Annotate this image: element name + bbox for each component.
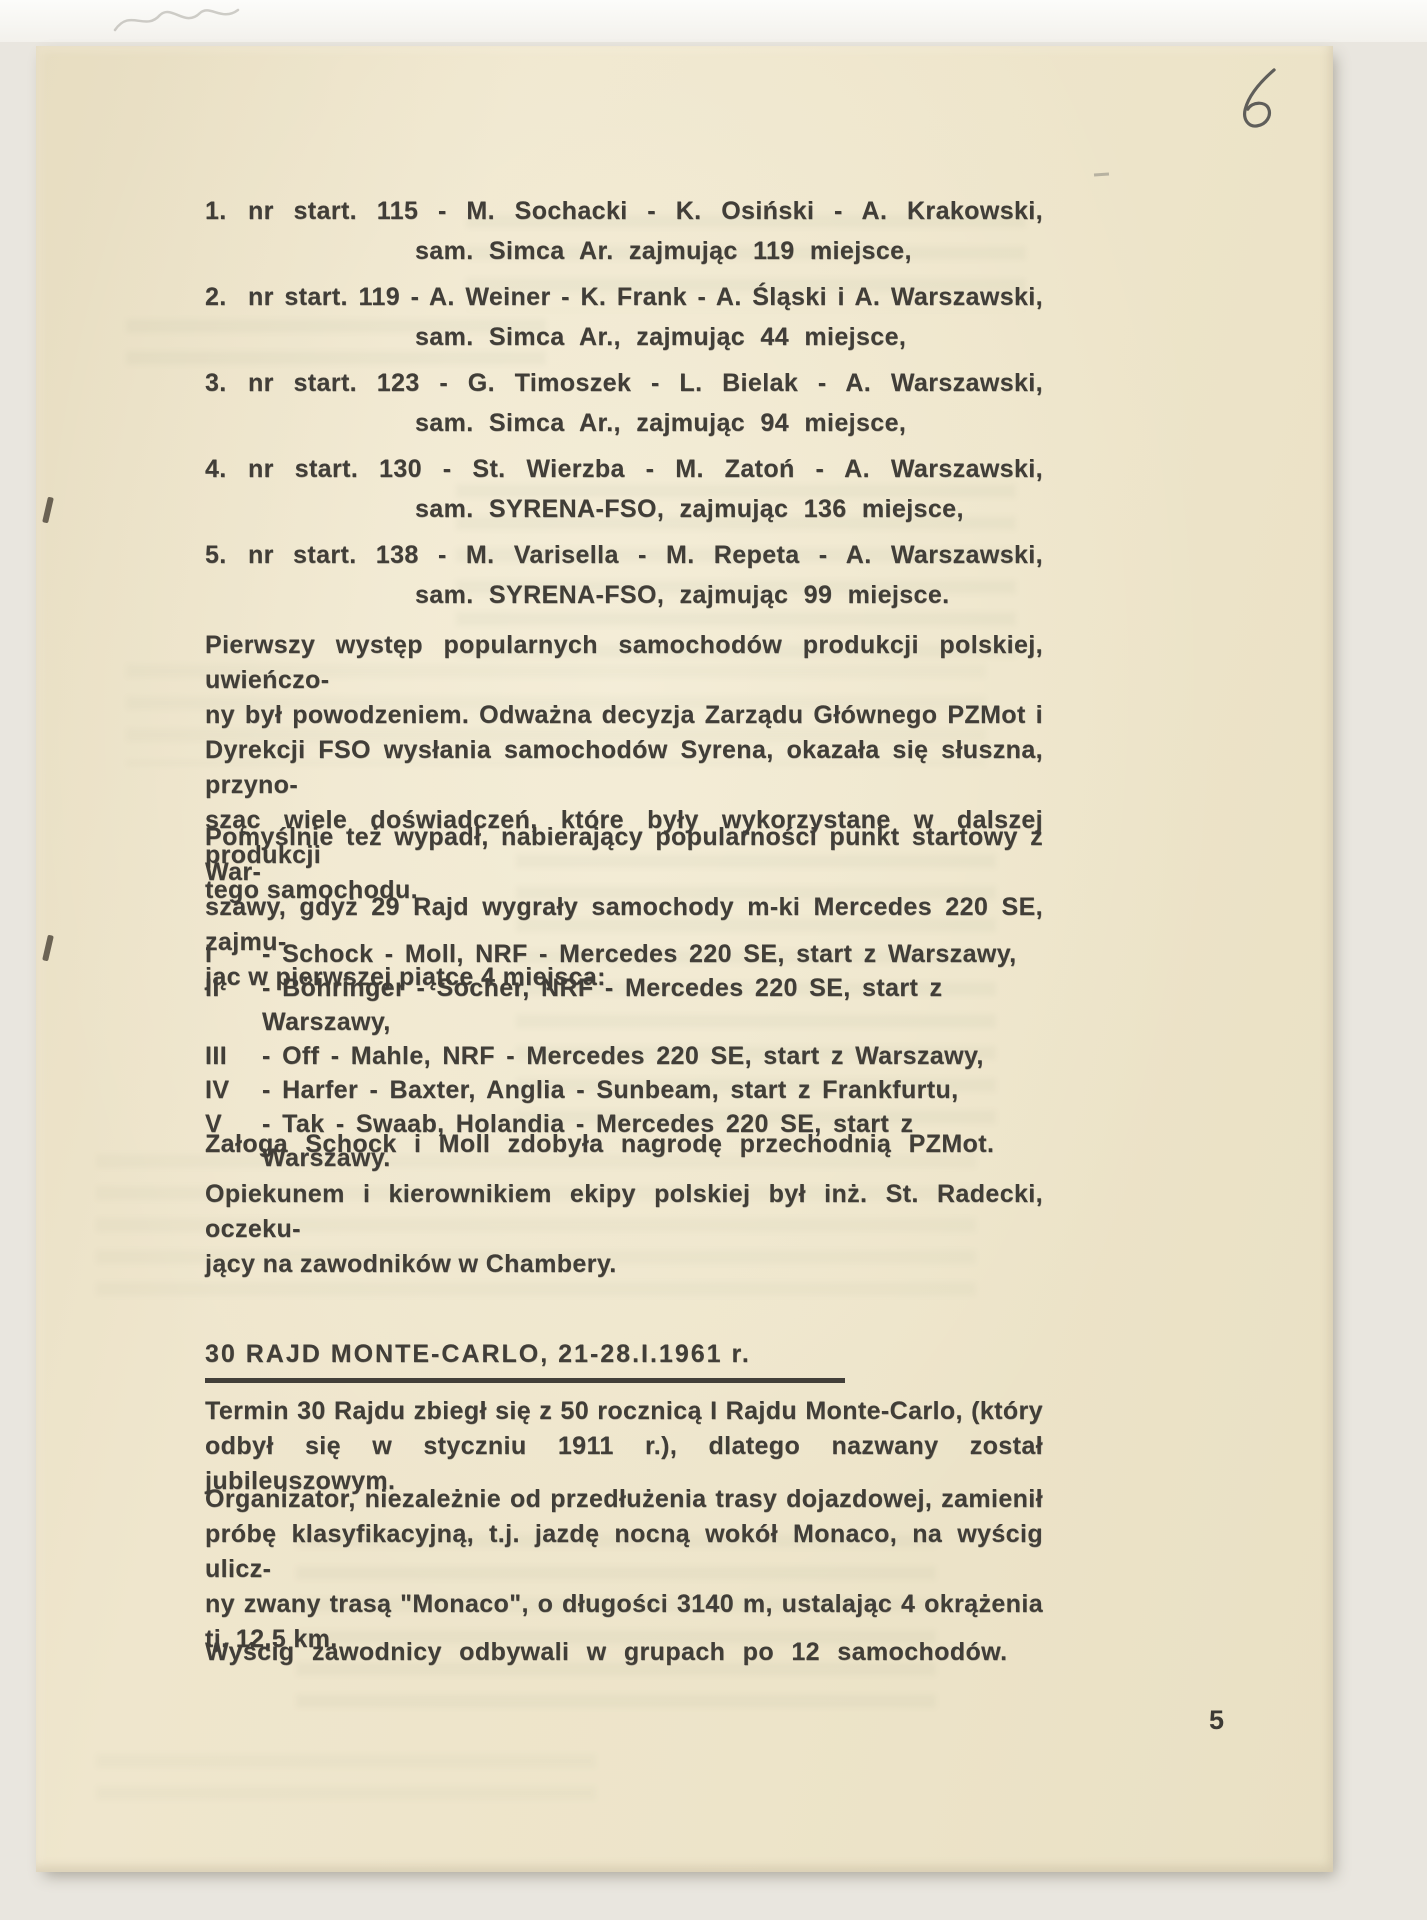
item-number: 1. [205,191,248,271]
pencil-dash [1094,172,1109,176]
roman-numeral: III [205,1039,262,1073]
roman-text: - Schock - Moll, NRF - Mercedes 220 SE, … [262,937,1043,971]
list-item: 1. nr start. 115 - M. Sochacki - K. Osiń… [205,191,1043,271]
list-item: 3. nr start. 123 - G. Timoszek - L. Biel… [205,363,1043,443]
roman-item: IV - Harfer - Baxter, Anglia - Sunbeam, … [205,1073,1043,1107]
paragraph-line: ny był powodzeniem. Odważna decyzja Zarz… [205,698,1043,733]
paragraph-line: Organizator, niezależnie od przedłużenia… [205,1482,1043,1517]
list-item: 5. nr start. 138 - M. Varisella - M. Rep… [205,535,1043,615]
paragraph-line: próbę klasyfikacyjną, t.j. jazdę nocną w… [205,1517,1043,1587]
line-zaloga: Załoga Schock i Moll zdobyła nagrodę prz… [205,1127,1043,1162]
roman-numeral: IV [205,1073,262,1107]
item-number: 2. [205,277,248,357]
list-item: 4. nr start. 130 - St. Wierzba - M. Zato… [205,449,1043,529]
crew-line: nr start. 123 - G. Timoszek - L. Bielak … [248,363,1043,403]
item-number: 5. [205,535,248,615]
roman-text: - Böhringer - Socher, NRF - Mercedes 220… [262,971,1043,1039]
paragraph-line: ny zwany trasą "Monaco", o długości 3140… [205,1587,1043,1622]
crew-line: nr start. 119 - A. Weiner - K. Frank - A… [248,277,1043,317]
crew-line: nr start. 138 - M. Varisella - M. Repeta… [248,535,1043,575]
paragraph-line: jący na zawodników w Chambery. [205,1247,1043,1282]
section-heading: 30 RAJD MONTE-CARLO, 21-28.I.1961 r. [205,1338,845,1383]
roman-item: I - Schock - Moll, NRF - Mercedes 220 SE… [205,937,1043,971]
start-results-list: 1. nr start. 115 - M. Sochacki - K. Osiń… [205,191,1043,621]
item-number: 4. [205,449,248,529]
paragraph-line: Pierwszy występ popularnych samochodów p… [205,628,1043,698]
roman-item: II - Böhringer - Socher, NRF - Mercedes … [205,971,1043,1039]
paragraph-line: Pomyślnie też wypadł, nabierający popula… [205,820,1043,890]
paragraph-line: Termin 30 Rajdu zbiegł się z 50 rocznicą… [205,1394,1043,1429]
list-item: 2. nr start. 119 - A. Weiner - K. Frank … [205,277,1043,357]
crew-line: nr start. 130 - St. Wierzba - M. Zatoń -… [248,449,1043,489]
scanned-page-background: 1. nr start. 115 - M. Sochacki - K. Osiń… [0,0,1427,1920]
section-heading-block: 30 RAJD MONTE-CARLO, 21-28.I.1961 r. [205,1338,1043,1383]
paragraph-line: Opiekunem i kierownikiem ekipy polskiej … [205,1177,1043,1247]
item-number: 3. [205,363,248,443]
roman-numeral: II [205,971,262,1039]
roman-text: - Harfer - Baxter, Anglia - Sunbeam, sta… [262,1073,1043,1107]
paragraph-line: Załoga Schock i Moll zdobyła nagrodę prz… [205,1127,1043,1162]
handwritten-page-number [1239,66,1281,132]
staple-mark [42,935,54,962]
car-line: sam. Simca Ar., zajmując 94 miejsce, [415,403,1043,443]
line-wyscig: Wyścig zawodnicy odbywali w grupach po 1… [205,1635,1043,1670]
roman-item: III - Off - Mahle, NRF - Mercedes 220 SE… [205,1039,1043,1073]
roman-text: - Off - Mahle, NRF - Mercedes 220 SE, st… [262,1039,1043,1073]
page-text-column: 1. nr start. 115 - M. Sochacki - K. Osiń… [205,46,1043,1872]
paragraph-line: Wyścig zawodnicy odbywali w grupach po 1… [205,1635,1043,1670]
document-page: 1. nr start. 115 - M. Sochacki - K. Osiń… [36,46,1333,1872]
paragraph-organizator: Organizator, niezależnie od przedłużenia… [205,1482,1043,1657]
car-line: sam. SYRENA-FSO, zajmując 136 miejsce, [415,489,1043,529]
car-line: sam. Simca Ar. zajmując 119 miejsce, [415,231,1043,271]
page-number: 5 [1209,1705,1224,1736]
crew-line: nr start. 115 - M. Sochacki - K. Osiński… [248,191,1043,231]
roman-numeral: I [205,937,262,971]
car-line: sam. SYRENA-FSO, zajmując 99 miejsce. [415,575,1043,615]
pencil-scribble [110,0,250,42]
paragraph-opiekun: Opiekunem i kierownikiem ekipy polskiej … [205,1177,1043,1282]
paragraph-line: Dyrekcji FSO wysłania samochodów Syrena,… [205,733,1043,803]
car-line: sam. Simca Ar., zajmując 44 miejsce, [415,317,1043,357]
staple-mark [42,497,54,524]
